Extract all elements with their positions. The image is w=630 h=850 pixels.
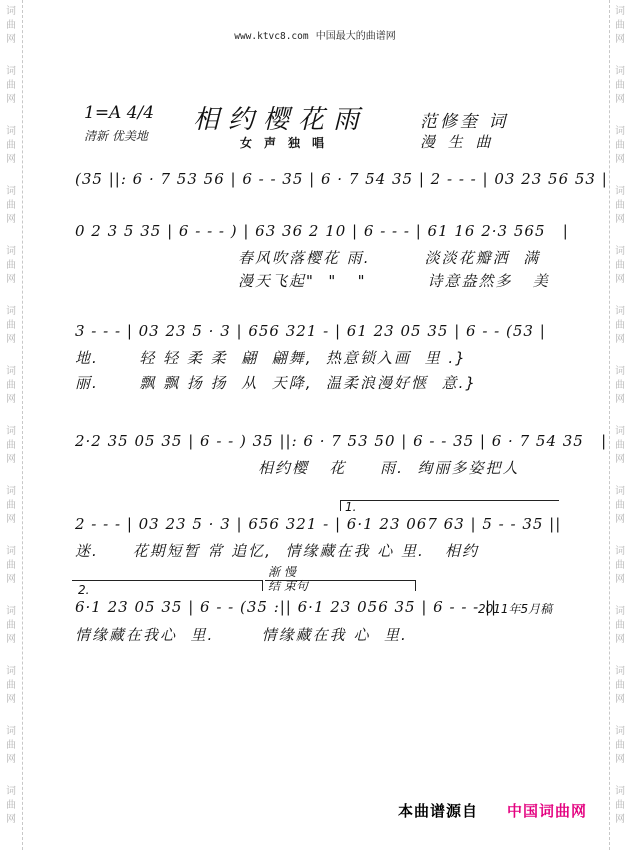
watermark-char: 曲 — [610, 439, 630, 453]
watermark-group: 词曲网 — [610, 65, 630, 107]
watermark-char: 曲 — [0, 379, 22, 393]
watermark-char: 词 — [610, 785, 630, 799]
watermark-char: 网 — [610, 753, 630, 767]
watermark-char: 网 — [610, 153, 630, 167]
watermark-char: 曲 — [0, 79, 22, 93]
second-ending-bracket — [72, 580, 263, 591]
watermark-group: 词曲网 — [610, 185, 630, 227]
watermark-char: 网 — [610, 453, 630, 467]
watermark-char: 网 — [0, 633, 22, 647]
site-header: www.ktvc8.com 中国最大的曲谱网 — [0, 27, 630, 42]
watermark-char: 曲 — [610, 379, 630, 393]
watermark-group: 词曲网 — [0, 665, 22, 707]
watermark-char: 词 — [0, 665, 22, 679]
watermark-group: 词曲网 — [0, 365, 22, 407]
watermark-group: 词曲网 — [610, 605, 630, 647]
watermark-char: 网 — [610, 573, 630, 587]
watermark-char: 词 — [610, 545, 630, 559]
watermark-char: 曲 — [0, 799, 22, 813]
watermark-group: 词曲网 — [610, 485, 630, 527]
watermark-char: 网 — [610, 213, 630, 227]
watermark-group: 词曲网 — [0, 785, 22, 827]
first-ending-label: 1. — [345, 500, 356, 514]
watermark-char: 网 — [0, 813, 22, 827]
site-url[interactable]: www.ktvc8.com — [234, 31, 308, 42]
watermark-char: 曲 — [0, 259, 22, 273]
watermark-char: 词 — [610, 245, 630, 259]
watermark-group: 词曲网 — [610, 245, 630, 287]
watermark-char: 网 — [0, 453, 22, 467]
watermark-group: 词曲网 — [610, 365, 630, 407]
watermark-group: 词曲网 — [0, 725, 22, 767]
watermark-char: 曲 — [0, 679, 22, 693]
watermark-char: 词 — [0, 65, 22, 79]
watermark-char: 网 — [610, 333, 630, 347]
watermark-char: 曲 — [610, 619, 630, 633]
watermark-char: 词 — [610, 65, 630, 79]
watermark-char: 词 — [610, 365, 630, 379]
watermark-char: 网 — [610, 273, 630, 287]
watermark-group: 词曲网 — [0, 545, 22, 587]
watermark-char: 曲 — [610, 559, 630, 573]
lyricist-credit: 范修奎 词 — [420, 107, 508, 132]
watermark-char: 曲 — [610, 199, 630, 213]
watermark-group: 词曲网 — [0, 485, 22, 527]
score-line-3: 3 - - - | 03 23 5 · 3 | 656 321 - | 61 2… — [75, 322, 546, 340]
watermark-char: 曲 — [610, 79, 630, 93]
lyric-line-1: 春风吹落樱花 雨. 淡淡花瓣洒 满 — [238, 247, 540, 268]
watermark-char: 曲 — [0, 739, 22, 753]
key-signature: 1=A 4/4 — [84, 103, 154, 123]
watermark-group: 词曲网 — [0, 305, 22, 347]
watermark-char: 词 — [0, 425, 22, 439]
watermark-group: 词曲网 — [610, 545, 630, 587]
watermark-char: 网 — [0, 213, 22, 227]
tempo-marking: 清新 优美地 — [84, 127, 148, 144]
score-line-4: 2·2 35 05 35 | 6 - - ) 35 ||: 6 · 7 53 5… — [75, 432, 607, 450]
watermark-char: 网 — [0, 333, 22, 347]
lyric-line-2: 漫天飞起" " " 诗意盎然多 美 — [238, 270, 550, 291]
watermark-char: 曲 — [610, 499, 630, 513]
lyric-line-4: 丽. 飘 飘 扬 扬 从 天降, 温柔浪漫好惬 意.} — [75, 372, 477, 393]
watermark-char: 词 — [610, 425, 630, 439]
score-line-6: 6·1 23 05 35 | 6 - - (35 :|| 6·1 23 056 … — [75, 598, 497, 616]
watermark-char: 网 — [610, 813, 630, 827]
watermark-char: 词 — [0, 725, 22, 739]
watermark-char: 词 — [610, 485, 630, 499]
watermark-char: 曲 — [0, 439, 22, 453]
lyric-line-7: 情缘藏在我心 里. 情缘藏在我 心 里. — [75, 624, 408, 645]
watermark-char: 网 — [610, 393, 630, 407]
score-line-5: 2 - - - | 03 23 5 · 3 | 656 321 - | 6·1 … — [75, 515, 561, 533]
watermark-char: 网 — [0, 693, 22, 707]
watermark-char: 曲 — [0, 499, 22, 513]
watermark-group: 词曲网 — [0, 605, 22, 647]
footer-source-label: 本曲谱源自 — [398, 800, 478, 821]
watermark-char: 曲 — [610, 259, 630, 273]
watermark-char: 词 — [0, 245, 22, 259]
watermark-group: 词曲网 — [610, 785, 630, 827]
score-line-2: 0 2 3 5 35 | 6 - - - ) | 63 36 2 10 | 6 … — [75, 222, 569, 240]
watermark-char: 曲 — [610, 799, 630, 813]
date-annotation: 2011年5月稿 — [478, 600, 552, 617]
second-ending-label: 2. — [78, 583, 89, 597]
watermark-char: 网 — [0, 513, 22, 527]
watermark-char: 词 — [0, 365, 22, 379]
watermark-char: 词 — [0, 545, 22, 559]
watermark-char: 曲 — [0, 619, 22, 633]
watermark-char: 网 — [0, 753, 22, 767]
watermark-group: 词曲网 — [0, 425, 22, 467]
performance-type: 女声独唱 — [240, 134, 336, 151]
footer-site-link[interactable]: 中国词曲网 — [507, 800, 587, 821]
watermark-char: 词 — [610, 5, 630, 19]
score-line-1: (35 ||: 6 · 7 53 56 | 6 - - 35 | 6 · 7 5… — [75, 170, 608, 188]
watermark-char: 词 — [0, 185, 22, 199]
lyric-line-6: 迷. 花期短暂 常 追忆, 情缘藏在我 心 里. 相约 — [75, 540, 479, 561]
watermark-char: 曲 — [0, 559, 22, 573]
watermark-char: 词 — [610, 185, 630, 199]
watermark-char: 曲 — [0, 199, 22, 213]
watermark-char: 词 — [610, 725, 630, 739]
title-block: 1=A 4/4 清新 优美地 相约樱花雨 女声独唱 范修奎 词 漫 生 曲 — [0, 103, 630, 153]
watermark-group: 词曲网 — [0, 65, 22, 107]
watermark-char: 网 — [610, 693, 630, 707]
watermark-char: 网 — [0, 273, 22, 287]
watermark-char: 曲 — [610, 679, 630, 693]
watermark-group: 词曲网 — [610, 665, 630, 707]
watermark-char: 网 — [0, 573, 22, 587]
coda-bracket — [265, 580, 416, 591]
watermark-group: 词曲网 — [610, 725, 630, 767]
watermark-char: 网 — [610, 633, 630, 647]
watermark-char: 词 — [610, 305, 630, 319]
watermark-char: 词 — [610, 665, 630, 679]
composer-credit: 漫 生 曲 — [420, 131, 495, 152]
watermark-group: 词曲网 — [610, 425, 630, 467]
watermark-char: 曲 — [610, 319, 630, 333]
watermark-char: 网 — [0, 153, 22, 167]
watermark-char: 曲 — [0, 319, 22, 333]
watermark-char: 词 — [0, 305, 22, 319]
lyric-line-3: 地. 轻 轻 柔 柔 翩 翩舞, 热意锁入画 里 .} — [75, 347, 467, 368]
first-ending-bracket — [340, 500, 559, 511]
song-title: 相约樱花雨 — [193, 99, 368, 136]
watermark-group: 词曲网 — [0, 185, 22, 227]
watermark-char: 网 — [0, 393, 22, 407]
site-tagline: 中国最大的曲谱网 — [316, 31, 396, 42]
watermark-char: 网 — [610, 513, 630, 527]
watermark-group: 词曲网 — [610, 305, 630, 347]
watermark-char: 词 — [0, 5, 22, 19]
watermark-char: 词 — [610, 605, 630, 619]
watermark-char: 词 — [0, 785, 22, 799]
lyric-line-5: 相约樱 花 雨. 绚丽多姿把人 — [258, 457, 519, 478]
watermark-group: 词曲网 — [0, 245, 22, 287]
watermark-char: 词 — [0, 605, 22, 619]
watermark-char: 词 — [0, 485, 22, 499]
watermark-char: 曲 — [610, 739, 630, 753]
